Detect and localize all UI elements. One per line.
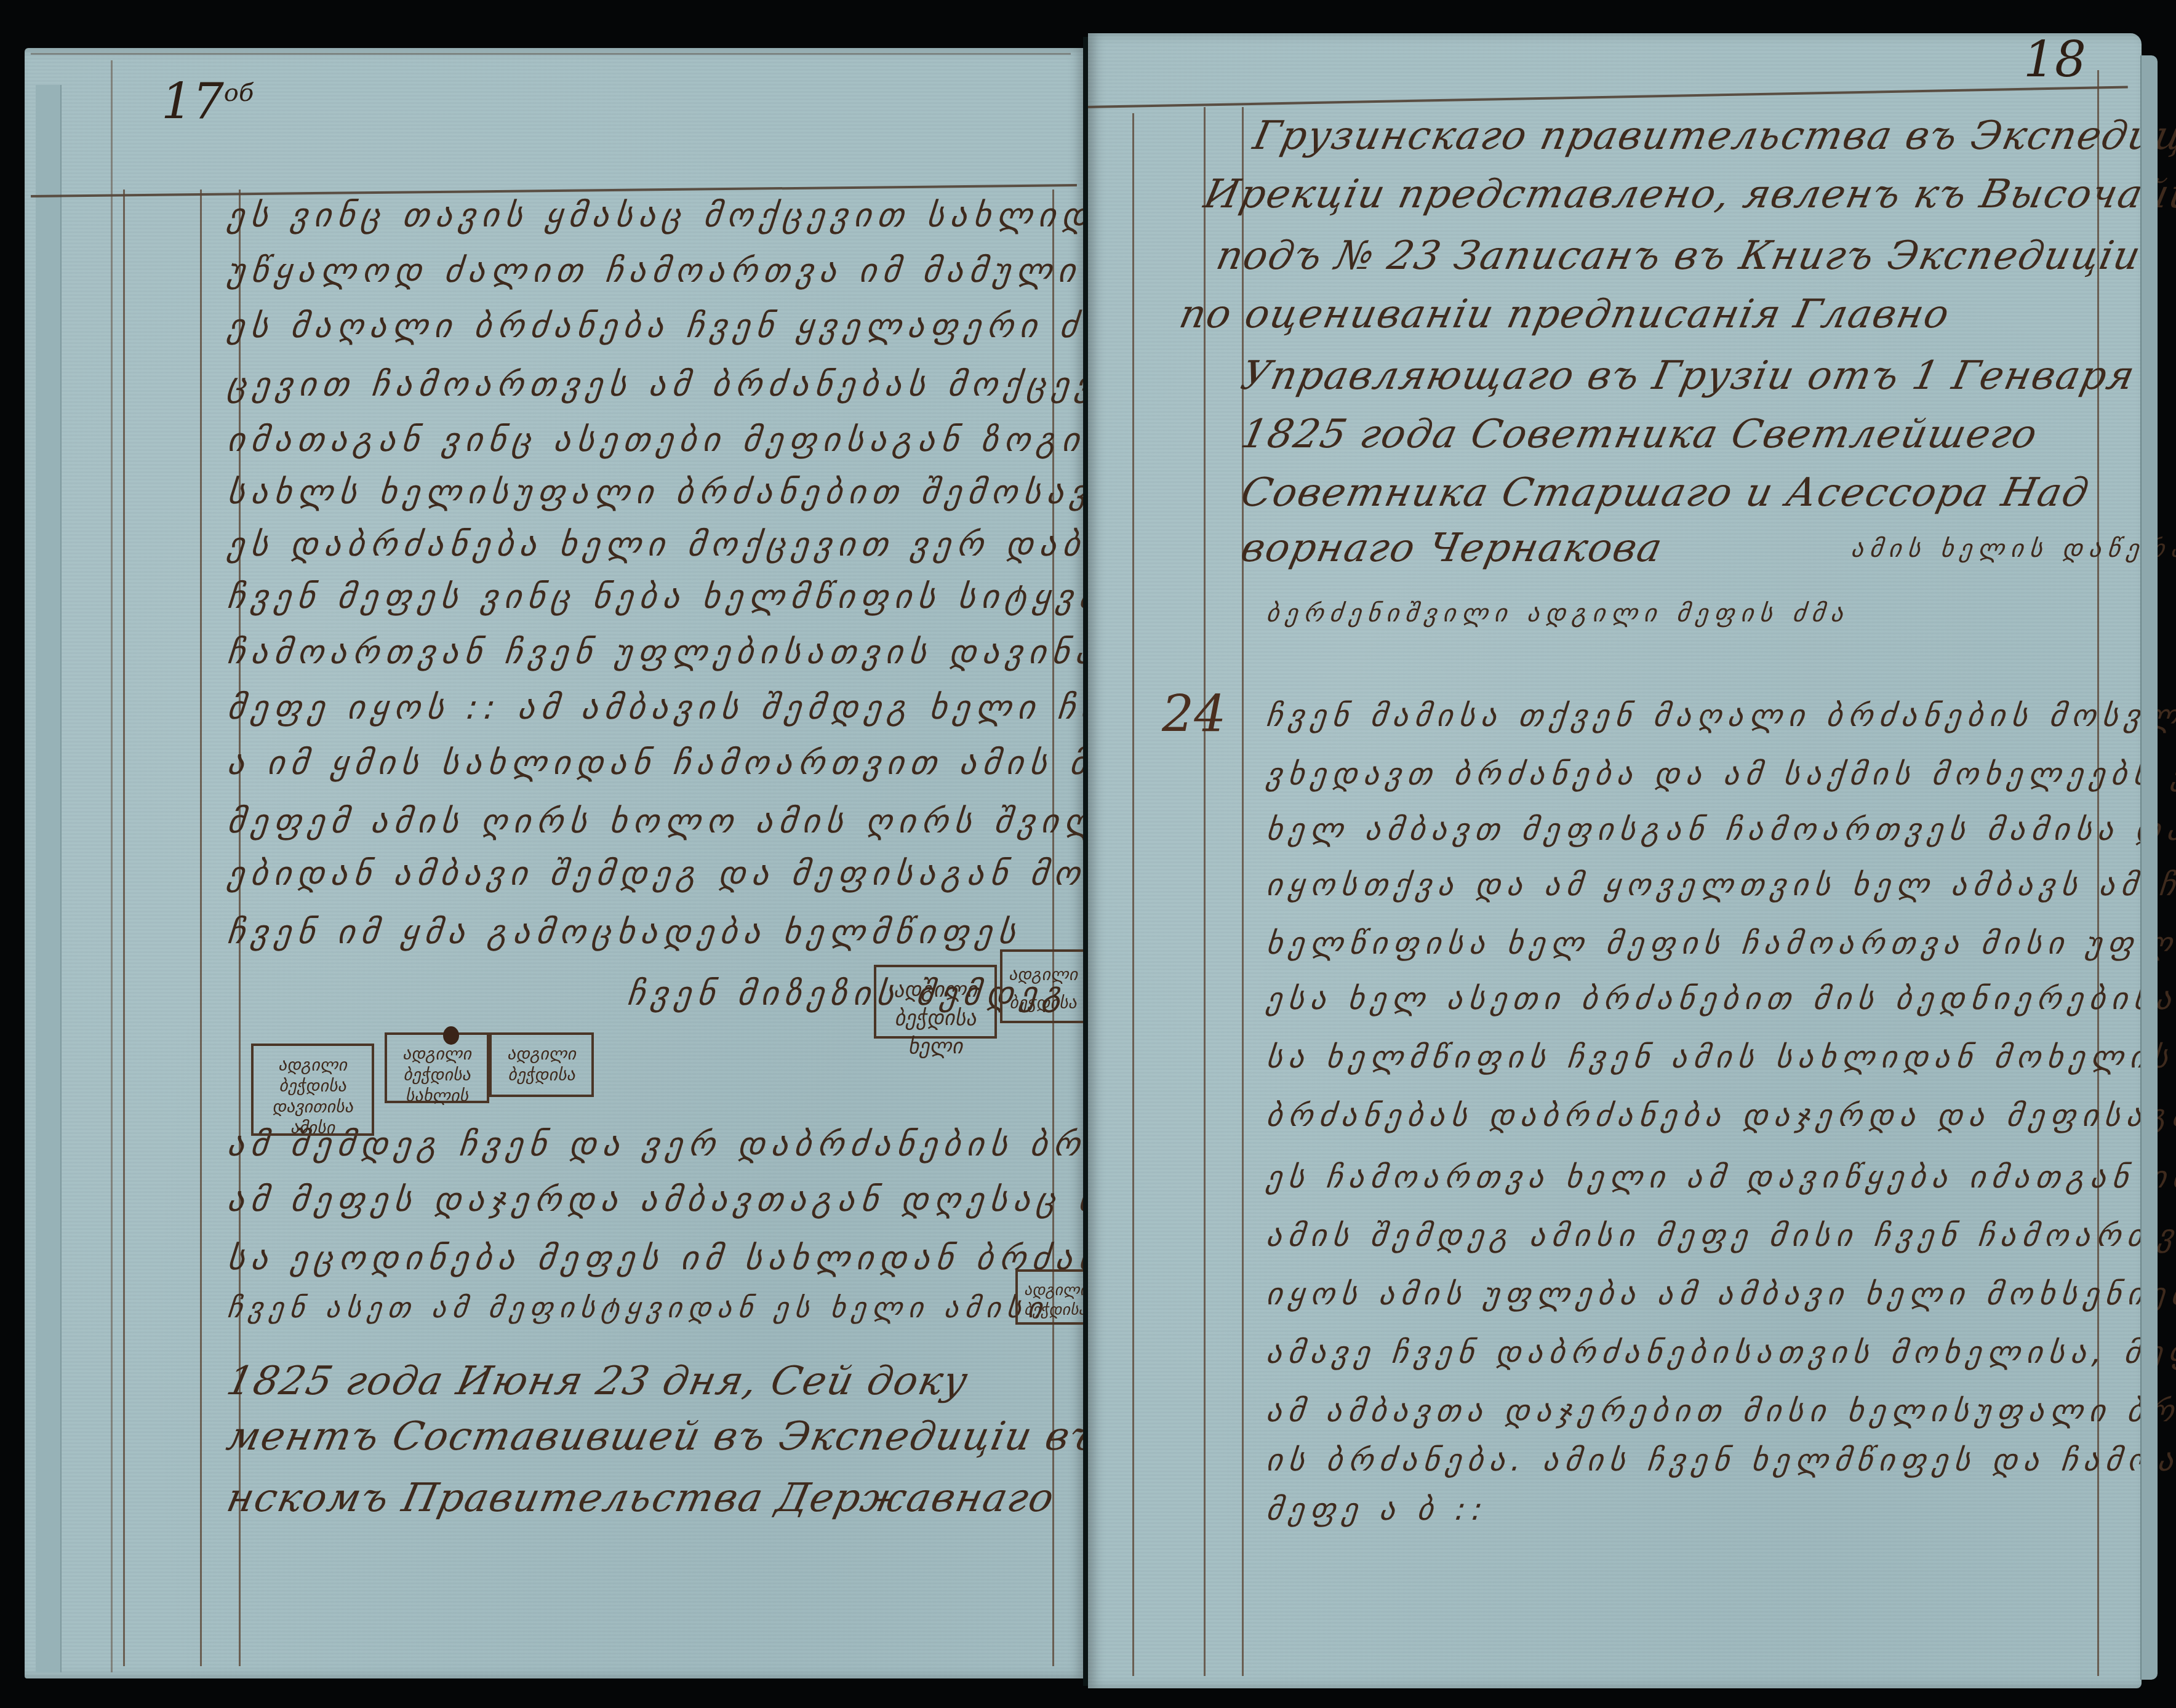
registration-line: подъ № 23 Записанъ въ Книгъ Экспедиціи <box>1212 233 2145 279</box>
text-line: ჩვენ ასეთ ამ მეფისტყვიდან ეს ხელი ამისი <box>226 1291 1050 1324</box>
text-line: ესა ხელ ასეთი ბრძანებით მის ბედნიერებისა… <box>1265 981 2176 1016</box>
column-rule-2 <box>123 190 125 1666</box>
folio-number-value: 17 <box>161 73 224 130</box>
signature-line: ბერძენიშვილი ადგილი მეფის ძმა <box>1265 599 1851 628</box>
registration-line: Советника Старшаго и Асессора Над <box>1237 470 2094 516</box>
column-rule-2 <box>1204 107 1206 1676</box>
seal-box-2: ადგილი ბეჭდისა <box>1000 949 1086 1023</box>
text-line: ეს ჩამოართვა ხელი ამ დავიწყება იმათგან ი… <box>1265 1159 2176 1195</box>
text-line: ამავე ჩვენ დაბრძანებისათვის მოხელისა, მე… <box>1265 1335 2176 1370</box>
registration-line: 1825 года Советника Светлейшего <box>1237 412 2042 457</box>
text-line: ხელ ამბავთ მეფისგან ჩამოართვეს მამისა და… <box>1265 812 2176 847</box>
seal-box-4: ადგილი ბეჭდისა სახლის <box>385 1032 489 1103</box>
text-line: იყოს ამის უფლება ამ ამბავი ხელი მოხსენიე… <box>1265 1276 2176 1312</box>
column-rule-3 <box>1242 107 1244 1676</box>
right-page: 18 Грузинскаго правительства въ Экспедиц… <box>1088 33 2142 1688</box>
header-rule <box>1088 86 2128 108</box>
registration-line: ворнаго Чернакова <box>1237 525 1667 571</box>
top-fold-rule <box>31 53 1071 55</box>
attestation-line: нскомъ Правительства Державнаго <box>223 1475 1059 1521</box>
text-line: ვხედავთ ბრძანება და ამ საქმის მოხელეებს … <box>1265 756 2176 792</box>
folio-number: 18 <box>2023 31 2086 88</box>
text-line: მეფე ა ბ :: <box>1265 1491 1490 1527</box>
registration-line: Грузинскаго правительства въ Экспедиціи … <box>1249 113 2176 159</box>
signature-line: ამის ხელის დაწერა <box>1850 535 2176 563</box>
text-line: სა ხელმწიფის ჩვენ ამის სახლიდან მოხელის … <box>1265 1039 2176 1075</box>
column-rule-1 <box>111 60 113 1672</box>
text-line: ჩვენ იმ ყმა გამოცხადება ხელმწიფეს <box>226 912 1024 951</box>
entry-number: 24 <box>1162 685 1226 744</box>
seal-box-6: ადგილი ბეჭდისა <box>1015 1269 1089 1325</box>
folio-suffix: об <box>224 79 254 107</box>
seal-box-5: ადგილი ბეჭდისა <box>489 1032 594 1097</box>
text-line: ხელწიფისა ხელ მეფის ჩამოართვა მისი უფლებ… <box>1265 925 2176 961</box>
text-line: ამ ამბავთა დაჯერებით მისი ხელისუფალი ბრძ… <box>1265 1393 2176 1429</box>
text-line: ის ბრძანება. ამის ჩვენ ხელმწიფეს და ჩამო… <box>1265 1442 2176 1478</box>
column-rule-3 <box>200 190 202 1666</box>
left-page: 17об ეს ვინც თავის ყმასაც მოქცევით სახლი… <box>25 48 1086 1678</box>
registration-line: Ирекціи представлено, явленъ къ Высочайш… <box>1200 172 2176 217</box>
seal-box-3: ადგილი ბეჭდისა დავითისა ამისი <box>251 1044 374 1136</box>
attestation-line: 1825 года Июня 23 дня, Сей доку <box>223 1359 972 1404</box>
text-line: ჩვენ მამისა თქვენ მაღალი ბრძანების მოსვლ… <box>1265 698 2176 733</box>
page-stack-edge <box>36 85 62 1672</box>
registration-line: Управляющаго въ Грузіи отъ 1 Генваря <box>1237 353 2140 399</box>
page-stack-edge <box>2140 55 2158 1680</box>
text-line: ამის შემდეგ ამისი მეფე მისი ჩვენ ჩამოართ… <box>1265 1218 2176 1253</box>
folio-number: 17об <box>161 73 254 130</box>
column-rule-1 <box>1132 113 1134 1676</box>
registration-line: по оцениваніи предписанія Главно <box>1175 292 1954 337</box>
text-line: იყოსთქვა და ამ ყოველთვის ხელ ამბავს ამ ჩ… <box>1265 867 2176 903</box>
text-line: ბრძანებას დაბრძანება დაჯერდა და მეფისაგა… <box>1265 1098 2176 1133</box>
ink-blot <box>443 1026 459 1045</box>
seal-box-1: ადგილი ბეჭდისა ხელი <box>874 965 997 1039</box>
